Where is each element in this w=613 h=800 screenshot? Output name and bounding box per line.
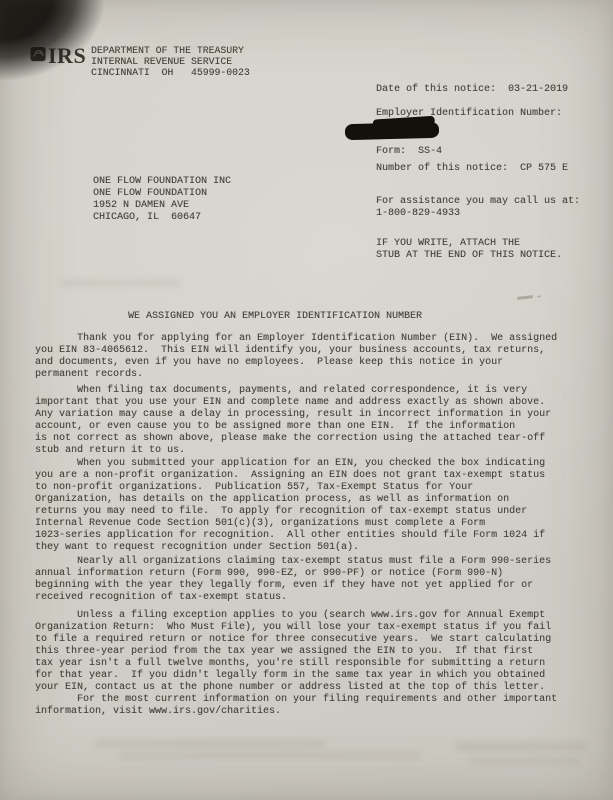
form-label: Form: — [376, 146, 406, 157]
page-showthrough-smudge — [60, 280, 180, 286]
notice-date-row: Date of this notice:03-21-2019 — [376, 84, 568, 96]
notice-date-value: 03-21-2019 — [508, 84, 568, 95]
ein-redaction-mark — [345, 122, 439, 140]
notice-number-value: CP 575 E — [520, 163, 568, 174]
page-showthrough-smudge — [120, 752, 420, 758]
notice-number-label: Number of this notice: — [376, 163, 508, 174]
page-showthrough-smudge — [455, 742, 585, 751]
assistance-phone: 1-800-829-4933 — [376, 208, 460, 220]
notice-date-label: Date of this notice: — [376, 84, 496, 95]
form-row: Form:SS-4 — [376, 146, 442, 158]
paragraph-ein-assigned: Thank you for applying for an Employer I… — [35, 333, 557, 381]
form-value: SS-4 — [418, 146, 442, 157]
notice-number-row: Number of this notice:CP 575 E — [376, 163, 568, 175]
letter-photo: IRS DEPARTMENT OF THE TREASURY INTERNAL … — [0, 0, 613, 800]
paragraph-nonprofit-status: When you submitted your application for … — [35, 458, 545, 554]
write-instruction: IF YOU WRITE, ATTACH THE STUB AT THE END… — [376, 238, 562, 262]
paragraph-filing-exception: Unless a filing exception applies to you… — [35, 610, 551, 694]
paragraph-use-ein-exactly: When filing tax documents, payments, and… — [35, 385, 551, 457]
page-showthrough-smudge — [470, 758, 580, 764]
paragraph-more-information: For the most current information on your… — [35, 694, 557, 718]
photo-corner-shadow — [0, 0, 134, 104]
letter-title: WE ASSIGNED YOU AN EMPLOYER IDENTIFICATI… — [128, 311, 422, 323]
stray-pen-mark — [517, 295, 533, 299]
recipient-address: ONE FLOW FOUNDATION INC ONE FLOW FOUNDAT… — [93, 176, 231, 224]
page-showthrough-smudge — [95, 740, 325, 747]
paragraph-form-990: Nearly all organizations claiming tax-ex… — [35, 556, 551, 604]
assistance-label: For assistance you may call us at: — [376, 196, 580, 208]
